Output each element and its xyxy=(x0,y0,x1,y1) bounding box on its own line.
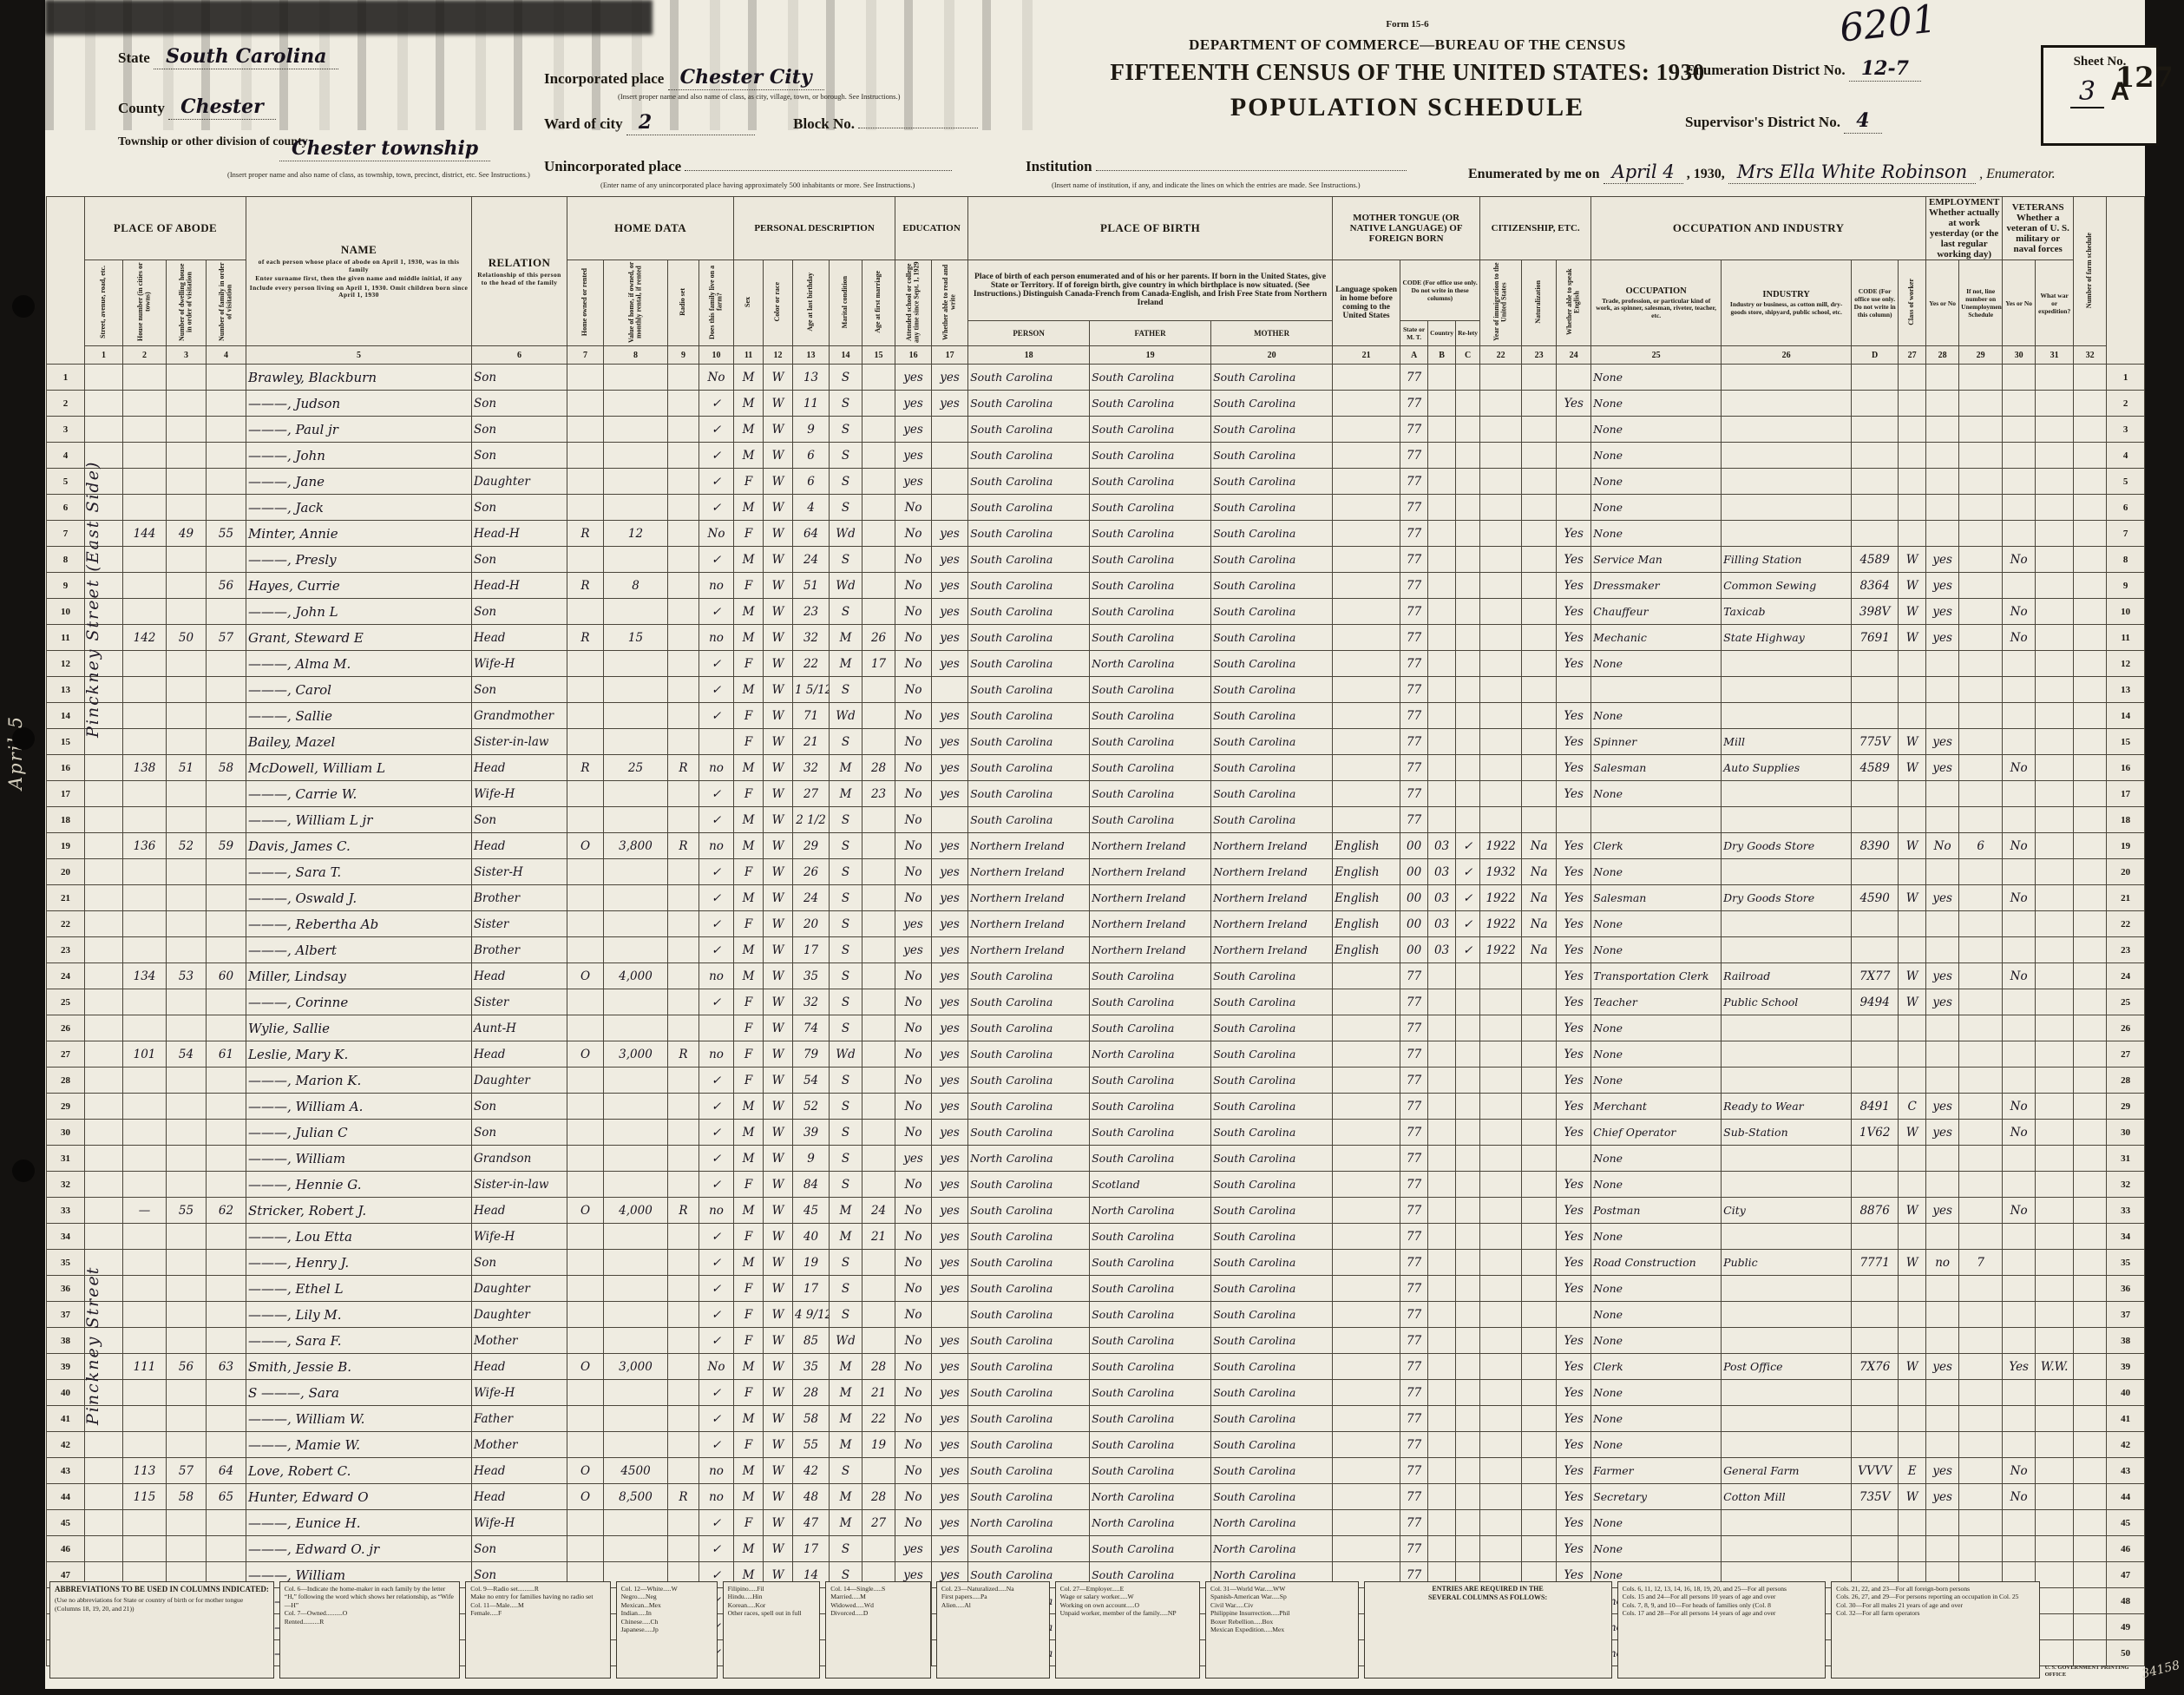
cell-cc xyxy=(1456,1406,1480,1432)
cell-lg xyxy=(1333,547,1400,573)
cell-fam: 60 xyxy=(207,963,246,989)
cell-oc: Mechanic xyxy=(1591,625,1722,651)
cell-cd: 4590 xyxy=(1852,885,1899,911)
cell-radio: R xyxy=(668,1041,699,1068)
cell-wk: yes xyxy=(1926,547,1959,573)
column-header: PLACE OF BIRTH xyxy=(968,197,1333,260)
cell-bp: South Carolina xyxy=(968,1250,1090,1276)
cell-farm: ✓ xyxy=(699,1094,734,1120)
cell-na xyxy=(1522,963,1557,989)
cell-ag: 17 xyxy=(793,937,830,963)
cell-cc xyxy=(1456,1120,1480,1146)
cell-bf: South Carolina xyxy=(1090,755,1211,781)
cell-street xyxy=(85,1068,123,1094)
cell-ag: 17 xyxy=(793,1276,830,1302)
cell-in: General Farm xyxy=(1722,1458,1852,1484)
column-header: 10 xyxy=(699,346,734,365)
cell-sx: M xyxy=(734,495,764,521)
cell-ue xyxy=(1959,703,2003,729)
cell-en: Yes xyxy=(1557,1041,1591,1068)
cell-wk: yes xyxy=(1926,625,1959,651)
cell-cl: W xyxy=(764,1146,793,1172)
cell-no2: 34 xyxy=(2107,1224,2145,1250)
cell-wr xyxy=(2036,1406,2074,1432)
cell-val: 8,500 xyxy=(604,1484,668,1510)
cell-oc: None xyxy=(1591,1406,1722,1432)
cell-bf: Northern Ireland xyxy=(1090,937,1211,963)
cell-wk: yes xyxy=(1926,1484,1959,1510)
cell-street xyxy=(85,1094,123,1120)
cell-sx: M xyxy=(734,599,764,625)
cell-bm: South Carolina xyxy=(1211,1406,1333,1432)
cell-own xyxy=(567,391,604,417)
cell-cb xyxy=(1428,573,1456,599)
cell-cc xyxy=(1456,755,1480,781)
cell-cc xyxy=(1456,963,1480,989)
cell-am xyxy=(862,833,895,859)
cell-bm: South Carolina xyxy=(1211,963,1333,989)
cell-na: Na xyxy=(1522,885,1557,911)
cell-cw xyxy=(1899,1276,1926,1302)
cell-no: 24 xyxy=(47,963,85,989)
cell-rw: yes xyxy=(932,1510,968,1536)
cell-am xyxy=(862,365,895,391)
department-title: DEPARTMENT OF COMMERCE—BUREAU OF THE CEN… xyxy=(1078,36,1737,54)
cell-rw: yes xyxy=(932,651,968,677)
cell-no2: 17 xyxy=(2107,781,2145,807)
cell-house xyxy=(123,677,167,703)
column-header: 9 xyxy=(668,346,699,365)
cell-wr xyxy=(2036,365,2074,391)
cell-sx: F xyxy=(734,1432,764,1458)
state-value: South Carolina xyxy=(154,45,338,69)
cell-fam xyxy=(207,651,246,677)
cell-cw xyxy=(1899,1510,1926,1536)
cell-bm: South Carolina xyxy=(1211,443,1333,469)
column-header: HOME DATA xyxy=(567,197,734,260)
cell-bm: South Carolina xyxy=(1211,625,1333,651)
cell-oc xyxy=(1591,677,1722,703)
cell-fam xyxy=(207,1510,246,1536)
cell-house xyxy=(123,1015,167,1041)
cell-own xyxy=(567,703,604,729)
cell-bf: South Carolina xyxy=(1090,521,1211,547)
cell-lg xyxy=(1333,1146,1400,1172)
cell-na xyxy=(1522,469,1557,495)
cell-vt xyxy=(2003,1380,2036,1406)
cell-cw: W xyxy=(1899,729,1926,755)
cell-cc xyxy=(1456,1015,1480,1041)
cell-wk xyxy=(1926,911,1959,937)
sd-value: 4 xyxy=(1844,109,1881,134)
cell-am xyxy=(862,443,895,469)
cell-name: Grant, Steward E xyxy=(246,625,472,651)
cell-ms: S xyxy=(830,1015,862,1041)
cell-fam xyxy=(207,547,246,573)
cell-ag: 6 xyxy=(793,443,830,469)
header-row: PLACE OF ABODENAMEof each person whose p… xyxy=(47,197,2145,260)
cell-cw xyxy=(1899,417,1926,443)
cell-radio xyxy=(668,807,699,833)
cell-cc xyxy=(1456,1172,1480,1198)
state-label: State xyxy=(118,49,150,66)
census-row: 41———, William W.Father✓MW58M22NoyesSout… xyxy=(47,1406,2145,1432)
cell-bf: South Carolina xyxy=(1090,729,1211,755)
cell-fam xyxy=(207,1068,246,1094)
ward-field: Ward of city 2 Block No. xyxy=(544,111,978,135)
cell-dwell xyxy=(167,469,207,495)
cell-bf: South Carolina xyxy=(1090,781,1211,807)
cell-cw xyxy=(1899,807,1926,833)
cell-bf: South Carolina xyxy=(1090,1302,1211,1328)
cell-dwell: 49 xyxy=(167,521,207,547)
cell-ca: 77 xyxy=(1400,1120,1428,1146)
cell-sc: No xyxy=(895,1276,932,1302)
cell-cc xyxy=(1456,1328,1480,1354)
cell-in: State Highway xyxy=(1722,625,1852,651)
cell-house: 113 xyxy=(123,1458,167,1484)
cell-ag: 35 xyxy=(793,963,830,989)
cell-na xyxy=(1522,755,1557,781)
cell-en: Yes xyxy=(1557,521,1591,547)
cell-cw xyxy=(1899,677,1926,703)
cell-en: Yes xyxy=(1557,651,1591,677)
cell-ue xyxy=(1959,1146,2003,1172)
cell-bf: South Carolina xyxy=(1090,1250,1211,1276)
cell-name: ———, Lou Etta xyxy=(246,1224,472,1250)
cell-bm: South Carolina xyxy=(1211,1484,1333,1510)
cell-wr xyxy=(2036,1041,2074,1068)
institution-value xyxy=(1096,169,1407,171)
street-annotation-upper: Pinckney Street (East Side) xyxy=(83,347,102,851)
cell-no: 5 xyxy=(47,469,85,495)
census-row: 2———, JudsonSon✓MW11SyesyesSouth Carolin… xyxy=(47,391,2145,417)
cell-dwell xyxy=(167,1015,207,1041)
cell-lg xyxy=(1333,1172,1400,1198)
cell-bf: South Carolina xyxy=(1090,1380,1211,1406)
column-header: House number (in cities or towns) xyxy=(123,260,167,346)
cell-ms: S xyxy=(830,859,862,885)
cell-radio xyxy=(668,1406,699,1432)
cell-ms: M xyxy=(830,781,862,807)
cell-fs xyxy=(2074,1276,2107,1302)
cell-fam: 65 xyxy=(207,1484,246,1510)
cell-en: Yes xyxy=(1557,781,1591,807)
cell-vt: No xyxy=(2003,755,2036,781)
census-row: 161385158McDowell, William LHeadR25RnoMW… xyxy=(47,755,2145,781)
cell-radio xyxy=(668,1120,699,1146)
cell-oc: None xyxy=(1591,911,1722,937)
cell-fam xyxy=(207,911,246,937)
cell-name: ———, Hennie G. xyxy=(246,1172,472,1198)
cell-val xyxy=(604,365,668,391)
cell-radio xyxy=(668,1015,699,1041)
cell-im: 1922 xyxy=(1480,833,1522,859)
cell-bm: South Carolina xyxy=(1211,677,1333,703)
cell-ag: 32 xyxy=(793,755,830,781)
cell-oc: None xyxy=(1591,1328,1722,1354)
census-row: 4———, JohnSon✓MW6SyesSouth CarolinaSouth… xyxy=(47,443,2145,469)
cell-wk: yes xyxy=(1926,599,1959,625)
cell-im xyxy=(1480,1041,1522,1068)
cell-im xyxy=(1480,1510,1522,1536)
cell-en xyxy=(1557,1302,1591,1328)
column-header: Whether able to read and write xyxy=(932,260,968,346)
cell-cc: ✓ xyxy=(1456,833,1480,859)
cell-cc xyxy=(1456,651,1480,677)
cell-in: Railroad xyxy=(1722,963,1852,989)
cell-lg xyxy=(1333,573,1400,599)
cell-lg xyxy=(1333,781,1400,807)
cell-wk: yes xyxy=(1926,885,1959,911)
cell-no2: 5 xyxy=(2107,469,2145,495)
cell-in: City xyxy=(1722,1198,1852,1224)
cell-rw: yes xyxy=(932,1146,968,1172)
cell-fs xyxy=(2074,963,2107,989)
cell-name: ———, Oswald J. xyxy=(246,885,472,911)
cell-name: Hunter, Edward O xyxy=(246,1484,472,1510)
cell-cw xyxy=(1899,651,1926,677)
cell-wr xyxy=(2036,885,2074,911)
cell-ag: 28 xyxy=(793,1380,830,1406)
cell-am xyxy=(862,573,895,599)
cell-name: ———, Mamie W. xyxy=(246,1432,472,1458)
cell-oc: None xyxy=(1591,391,1722,417)
cell-name: ———, Judson xyxy=(246,391,472,417)
cell-dwell: 53 xyxy=(167,963,207,989)
cell-rel: Son xyxy=(472,1094,567,1120)
cell-no2: 28 xyxy=(2107,1068,2145,1094)
cell-im xyxy=(1480,1198,1522,1224)
cell-val: 4,000 xyxy=(604,1198,668,1224)
cell-own xyxy=(567,1536,604,1562)
cell-in: Filling Station xyxy=(1722,547,1852,573)
cell-house: 144 xyxy=(123,521,167,547)
cell-wk: yes xyxy=(1926,1458,1959,1484)
cell-farm: ✓ xyxy=(699,1432,734,1458)
cell-bf: North Carolina xyxy=(1090,1198,1211,1224)
cell-name: ———, Henry J. xyxy=(246,1250,472,1276)
cell-bm: South Carolina xyxy=(1211,417,1333,443)
cell-im xyxy=(1480,1224,1522,1250)
cell-im xyxy=(1480,1146,1522,1172)
cell-bf: Northern Ireland xyxy=(1090,885,1211,911)
cell-im xyxy=(1480,651,1522,677)
cell-oc: Chief Operator xyxy=(1591,1120,1722,1146)
cell-en: Yes xyxy=(1557,833,1591,859)
cell-cb xyxy=(1428,1406,1456,1432)
cell-oc: None xyxy=(1591,1380,1722,1406)
cell-oc: None xyxy=(1591,859,1722,885)
cell-vt xyxy=(2003,1068,2036,1094)
cell-ms: S xyxy=(830,469,862,495)
cell-cl: W xyxy=(764,651,793,677)
cell-rel: Daughter xyxy=(472,1302,567,1328)
cell-am xyxy=(862,1302,895,1328)
cell-cl: W xyxy=(764,1458,793,1484)
cell-am xyxy=(862,1172,895,1198)
cell-ms: S xyxy=(830,989,862,1015)
cell-ms: M xyxy=(830,755,862,781)
census-row: 29———, William A.Son✓MW52SNoyesSouth Car… xyxy=(47,1094,2145,1120)
cell-ca: 77 xyxy=(1400,1041,1428,1068)
cell-fs xyxy=(2074,755,2107,781)
cell-wr xyxy=(2036,495,2074,521)
cell-fs xyxy=(2074,911,2107,937)
cell-sx: M xyxy=(734,1354,764,1380)
column-header: 24 xyxy=(1557,346,1591,365)
cell-farm: no xyxy=(699,1198,734,1224)
cell-ca: 77 xyxy=(1400,417,1428,443)
page-number-stamp: 127 xyxy=(2115,61,2174,94)
cell-ue xyxy=(1959,625,2003,651)
cell-farm: ✓ xyxy=(699,677,734,703)
cell-val xyxy=(604,1510,668,1536)
column-header: Language spoken in home before coming to… xyxy=(1333,260,1400,346)
cell-rel: Sister xyxy=(472,911,567,937)
cell-ag: 6 xyxy=(793,469,830,495)
cell-farm: ✓ xyxy=(699,1068,734,1094)
cell-na xyxy=(1522,1068,1557,1094)
cell-ms: Wd xyxy=(830,1041,862,1068)
cell-cc xyxy=(1456,1380,1480,1406)
cell-in: Mill xyxy=(1722,729,1852,755)
cell-own: O xyxy=(567,1354,604,1380)
cell-no: 42 xyxy=(47,1432,85,1458)
cell-na xyxy=(1522,729,1557,755)
cell-dwell xyxy=(167,1172,207,1198)
cell-am: 21 xyxy=(862,1224,895,1250)
cell-cc: ✓ xyxy=(1456,885,1480,911)
cell-fam xyxy=(207,703,246,729)
cell-na xyxy=(1522,547,1557,573)
column-header: Attended school or college any time sinc… xyxy=(895,260,932,346)
cell-cd xyxy=(1852,1015,1899,1041)
cell-bf: South Carolina xyxy=(1090,1094,1211,1120)
cell-im xyxy=(1480,989,1522,1015)
cell-no: 30 xyxy=(47,1120,85,1146)
cell-sc: No xyxy=(895,1015,932,1041)
cell-ag: 23 xyxy=(793,599,830,625)
cell-cc xyxy=(1456,599,1480,625)
column-header: Sex xyxy=(734,260,764,346)
cell-fam xyxy=(207,781,246,807)
cell-val xyxy=(604,703,668,729)
cell-oc: None xyxy=(1591,1302,1722,1328)
column-header xyxy=(47,197,85,365)
cell-bp: South Carolina xyxy=(968,1484,1090,1510)
cell-farm: ✓ xyxy=(699,781,734,807)
cell-wk: yes xyxy=(1926,729,1959,755)
census-row: 441155865Hunter, Edward OHeadO8,500RnoMW… xyxy=(47,1484,2145,1510)
cell-dwell xyxy=(167,989,207,1015)
cell-bf: South Carolina xyxy=(1090,547,1211,573)
incorporated-field: Incorporated place Chester City xyxy=(544,66,824,89)
cell-wk xyxy=(1926,365,1959,391)
cell-dwell xyxy=(167,1250,207,1276)
cell-bf: South Carolina xyxy=(1090,1536,1211,1562)
cell-ms: S xyxy=(830,599,862,625)
cell-im xyxy=(1480,469,1522,495)
cell-house xyxy=(123,1120,167,1146)
cell-en: Yes xyxy=(1557,1015,1591,1041)
cell-oc: None xyxy=(1591,1172,1722,1198)
census-scan-page: State South Carolina County Chester Town… xyxy=(0,0,2184,1695)
cell-lg xyxy=(1333,365,1400,391)
census-row: 28———, Marion K.Daughter✓FW54SNoyesSouth… xyxy=(47,1068,2145,1094)
cell-no: 19 xyxy=(47,833,85,859)
cell-cb xyxy=(1428,729,1456,755)
cell-bm: South Carolina xyxy=(1211,651,1333,677)
cell-val xyxy=(604,989,668,1015)
cell-oc: None xyxy=(1591,1536,1722,1562)
cell-farm: no xyxy=(699,1458,734,1484)
cell-val xyxy=(604,1250,668,1276)
cell-no2: 37 xyxy=(2107,1302,2145,1328)
block-label: Block No. xyxy=(793,115,855,132)
cell-am xyxy=(862,599,895,625)
cell-in: Auto Supplies xyxy=(1722,755,1852,781)
cell-dwell xyxy=(167,391,207,417)
cell-wk xyxy=(1926,469,1959,495)
cell-radio xyxy=(668,495,699,521)
cell-cc xyxy=(1456,729,1480,755)
cell-own xyxy=(567,1302,604,1328)
cell-im xyxy=(1480,807,1522,833)
cell-ue xyxy=(1959,1094,2003,1120)
cell-ca: 77 xyxy=(1400,1432,1428,1458)
column-header: Country xyxy=(1428,320,1456,345)
cell-cb xyxy=(1428,1224,1456,1250)
census-row: 15Bailey, MazelSister-in-lawFW21SNoyesSo… xyxy=(47,729,2145,755)
cell-own xyxy=(567,365,604,391)
cell-sc: No xyxy=(895,1354,932,1380)
cell-vt xyxy=(2003,1302,2036,1328)
cell-val xyxy=(604,1094,668,1120)
cell-bf: South Carolina xyxy=(1090,677,1211,703)
cell-own xyxy=(567,1172,604,1198)
cell-cb xyxy=(1428,781,1456,807)
cell-sc: No xyxy=(895,1041,932,1068)
cell-fs xyxy=(2074,1250,2107,1276)
column-header: B xyxy=(1428,346,1456,365)
cell-in: Sub-Station xyxy=(1722,1120,1852,1146)
cell-rw: yes xyxy=(932,1484,968,1510)
cell-am: 27 xyxy=(862,1510,895,1536)
column-header: FATHER xyxy=(1090,320,1211,345)
cell-rw: yes xyxy=(932,937,968,963)
cell-ue xyxy=(1959,1068,2003,1094)
cell-bm: South Carolina xyxy=(1211,391,1333,417)
cell-lg xyxy=(1333,417,1400,443)
cell-ue xyxy=(1959,729,2003,755)
cell-cw xyxy=(1899,1328,1926,1354)
cell-val xyxy=(604,417,668,443)
cell-house: 134 xyxy=(123,963,167,989)
cell-vt: No xyxy=(2003,625,2036,651)
cell-name: ———, Carrie W. xyxy=(246,781,472,807)
cell-cl: W xyxy=(764,1094,793,1120)
cell-dwell xyxy=(167,365,207,391)
cell-own: R xyxy=(567,521,604,547)
cell-val xyxy=(604,599,668,625)
cell-ca: 77 xyxy=(1400,1406,1428,1432)
cell-ca: 77 xyxy=(1400,1146,1428,1172)
cell-lg xyxy=(1333,1510,1400,1536)
cell-house: 101 xyxy=(123,1041,167,1068)
cell-vt xyxy=(2003,1510,2036,1536)
cell-cd: 4589 xyxy=(1852,755,1899,781)
